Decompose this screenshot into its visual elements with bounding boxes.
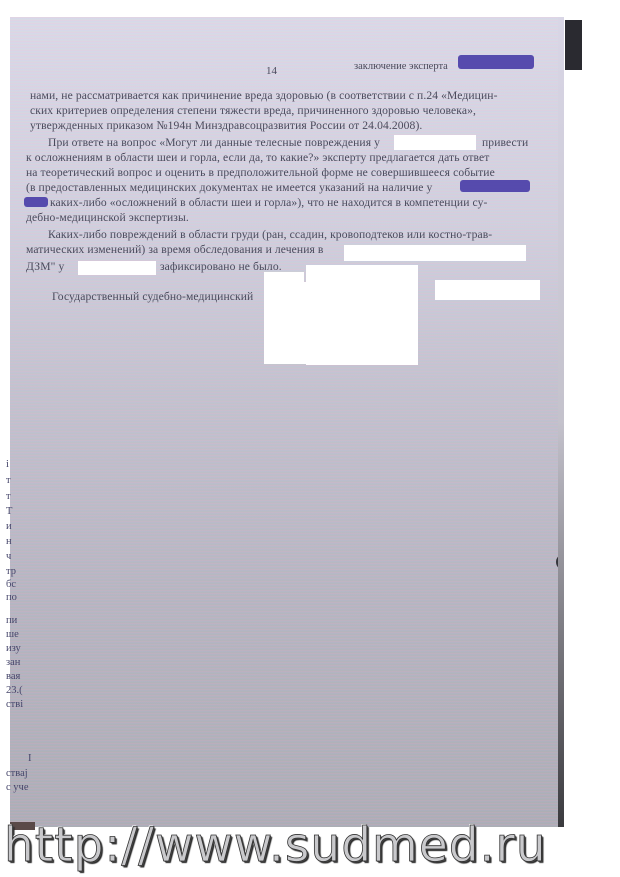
text-line-11: матических изменений) за время обследова…: [26, 242, 324, 257]
text-line-5: к осложнениям в области шеи и горла, есл…: [26, 150, 489, 165]
text-line-12: ДЗМ" у: [26, 259, 64, 274]
redaction-marker-header: [458, 55, 534, 69]
margin-fragment: и: [6, 520, 12, 534]
margin-fragment: бс: [6, 578, 16, 592]
text-line-2: ских критериев определения степени тяжес…: [30, 103, 476, 118]
header-label: заключение эксперта: [354, 61, 448, 72]
text-line-4: При ответе на вопрос «Могут ли данные те…: [48, 135, 380, 150]
margin-fragment: і: [6, 458, 9, 472]
text-line-10: Каких-либо повреждений в области груди (…: [48, 227, 492, 242]
redaction-box-signature-c: [306, 265, 418, 365]
margin-fragment: ше: [6, 628, 19, 642]
scan-shadow: [565, 20, 582, 70]
margin-fragment: т: [6, 490, 11, 504]
margin-fragment: 23.(: [6, 684, 23, 698]
margin-fragment: по: [6, 591, 17, 605]
margin-fragment: ч: [6, 550, 11, 564]
text-line-1: нами, не рассматривается как причинение …: [30, 88, 498, 103]
margin-fragment: н: [6, 535, 12, 549]
text-line-9: дебно-медицинской экспертизы.: [26, 210, 189, 225]
margin-fragment: т: [6, 474, 11, 488]
margin-fragment: стві: [6, 698, 23, 712]
text-line-14: Государственный судебно-медицинский: [52, 289, 253, 304]
redaction-box-signature-d: [435, 280, 540, 300]
margin-fragment: изу: [6, 642, 21, 656]
margin-fragment: Т: [6, 505, 12, 519]
text-line-8: каких-либо «осложнений в области шеи и г…: [50, 195, 487, 210]
site-watermark: http://www.sudmed.ru: [4, 820, 616, 872]
margin-fragment: с уче: [6, 781, 28, 795]
redaction-box-name-4: [78, 261, 156, 275]
text-line-6: на теоретический вопрос и оценить в пред…: [26, 165, 495, 180]
margin-fragment: ствај: [6, 767, 28, 781]
redaction-box-name-1: [394, 135, 476, 150]
text-line-7: (в предоставленных медицинских документа…: [26, 180, 432, 195]
redaction-box-hospital: [344, 245, 526, 261]
margin-fragment: пи: [6, 614, 17, 628]
margin-fragment: вая: [6, 670, 20, 684]
redaction-marker-name-2: [460, 180, 530, 192]
margin-fragment: тр: [6, 565, 16, 579]
page-edge: [558, 17, 564, 827]
redaction-marker-name-3: [24, 197, 48, 207]
margin-fragment: І: [28, 752, 32, 766]
text-line-4b: привести: [482, 135, 528, 150]
text-line-3: утвержденных приказом №194н Минздравсоцр…: [30, 118, 422, 133]
page-number: 14: [266, 65, 277, 77]
scanned-page: 14 заключение эксперта нами, не рассматр…: [10, 17, 558, 827]
margin-fragment: зан: [6, 656, 20, 670]
